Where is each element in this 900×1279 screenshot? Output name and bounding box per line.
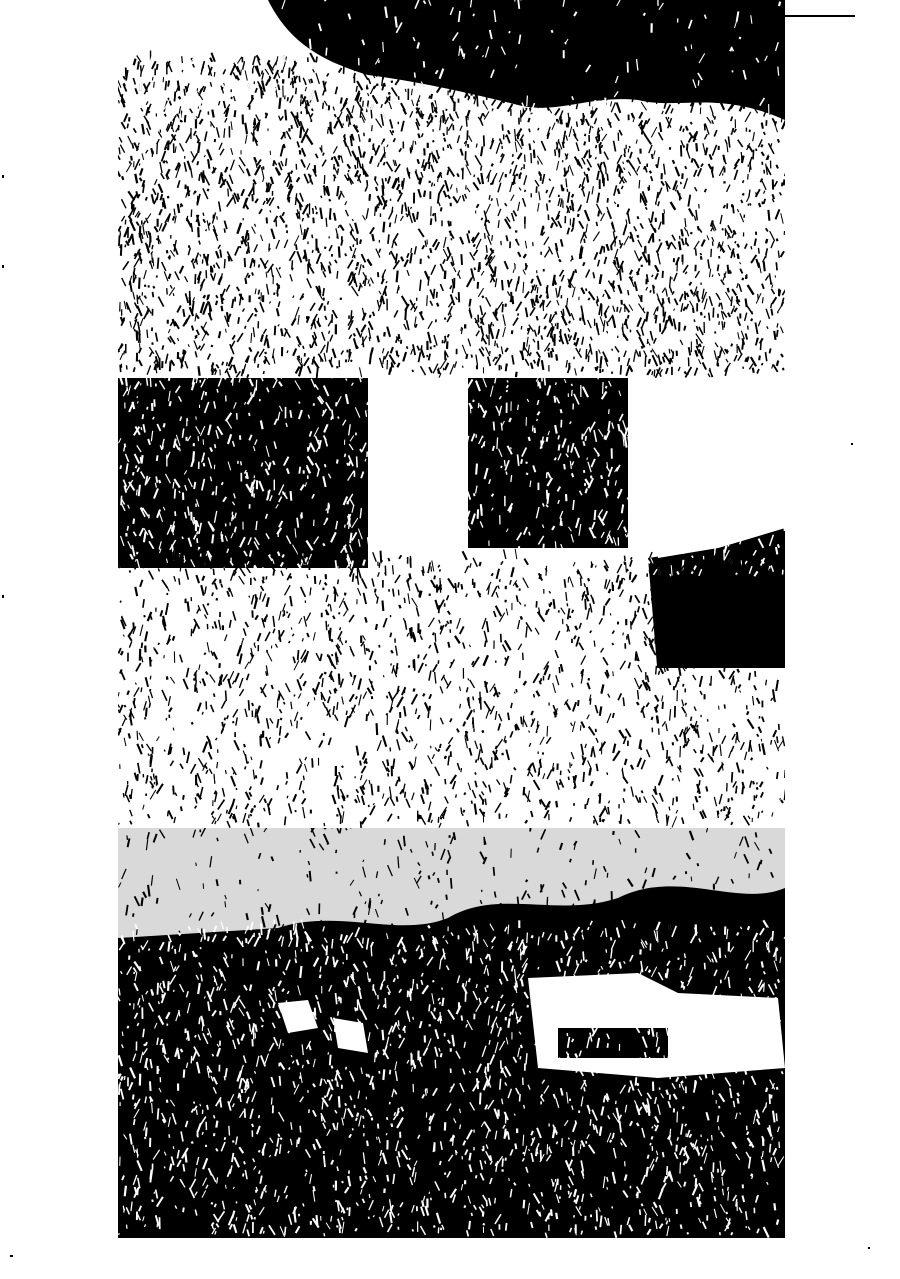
scan-speck — [851, 443, 853, 445]
photo-top — [118, 0, 785, 378]
photo-bottom — [118, 828, 785, 1238]
scan-speck — [10, 1255, 13, 1257]
scan-speck — [2, 175, 4, 178]
photo-strip — [118, 0, 785, 1238]
crop-mark — [785, 15, 855, 17]
scan-speck — [868, 1247, 870, 1249]
photo-middle — [118, 378, 785, 828]
scan-speck — [2, 265, 4, 268]
scan-speck — [2, 595, 4, 598]
scanned-page — [0, 0, 900, 1279]
